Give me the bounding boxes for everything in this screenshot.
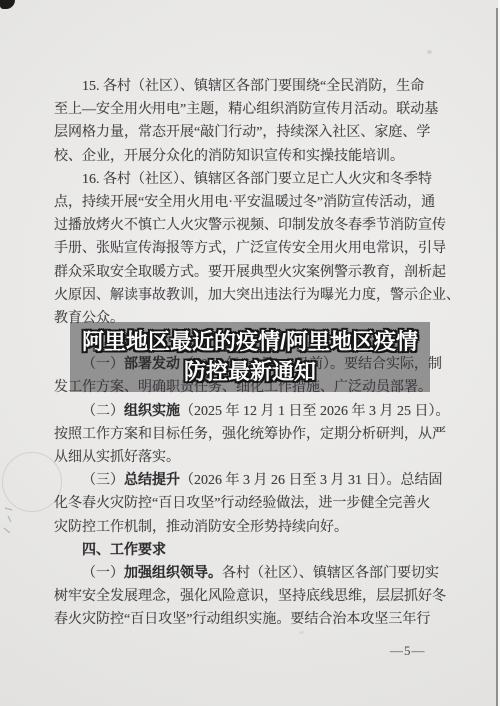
- doc-line: 树牢安全发展理念，强化风险意识，坚持底线思维，层层抓好冬: [54, 585, 458, 608]
- doc-line: 过播放烤火不慎亡人火灾警示视频、印制发放冬春季节消防宣传: [54, 214, 458, 237]
- doc-line: 手册、张贴宣传海报等方式，广泛宣传安全用火用电常识，引导: [54, 237, 458, 260]
- page-number: —5—: [390, 643, 426, 659]
- doc-line: 按照工作方案和目标任务，强化统筹协作，定期分析研判，从严: [54, 423, 458, 446]
- doc-line: 16. 各村（社区）、镇辖区各部门要立足亡人火灾和冬季特: [54, 168, 458, 191]
- doc-line: 层网格力量，常态开展“敲门行动”，持续深入社区、家庭、学: [54, 121, 458, 144]
- scan-speck: [427, 50, 432, 54]
- doc-line: 四、工作要求: [54, 539, 458, 562]
- doc-line: 至上—安全用火用电”主题，精心组织消防宣传月活动。联动基: [54, 98, 458, 121]
- scan-corner-mark: [0, 0, 15, 9]
- doc-line: 点，持续开展“安全用火用电·平安温暖过冬”消防宣传活动，通: [54, 191, 458, 214]
- scan-arc-artifact: [2, 452, 62, 512]
- doc-line: 15. 各村（社区）、镇辖区各部门要围绕“全民消防，生命: [54, 75, 458, 98]
- banner-title-line1: 阿里地区最近的疫情/阿里地区疫情: [82, 327, 418, 357]
- margin-pencil-marks: [2, 506, 18, 536]
- scan-edge-line: [496, 8, 498, 706]
- doc-line: 灾防控工作机制，推动消防安全形势持续向好。: [54, 516, 458, 539]
- doc-line: 春火灾防控“百日攻坚”行动组织实施。要结合治本攻坚三年行: [54, 608, 458, 631]
- scanned-document-page: 15. 各村（社区）、镇辖区各部门要围绕“全民消防，生命至上—安全用火用电”主题…: [0, 0, 500, 706]
- doc-line: （一）加强组织领导。各村（社区）、镇辖区各部门要切实: [54, 562, 458, 585]
- doc-line: （二）组织实施（2025 年 12 月 1 日至 2026 年 3 月 25 日…: [54, 400, 458, 423]
- doc-line: 校、企业，开展分众化的消防知识宣传和实操技能培训。: [54, 145, 458, 168]
- doc-line: 从细从实抓好落实。: [54, 446, 458, 469]
- doc-line: 群众采取安全取暖方式。要开展典型火灾案例警示教育，剖析起: [54, 261, 458, 284]
- overlay-banner: 阿里地区最近的疫情/阿里地区疫情 防控最新通知: [70, 322, 430, 392]
- banner-title-line2: 防控最新通知: [184, 357, 316, 387]
- doc-line: （三）总结提升（2026 年 3 月 26 日至 3 月 31 日）。总结固: [54, 469, 458, 492]
- doc-line: 化冬春火灾防控“百日攻坚”行动经验做法，进一步健全完善火: [54, 492, 458, 515]
- doc-line: 火原因、解读事故教训，加大突出违法行为曝光力度，警示企业、: [54, 284, 458, 307]
